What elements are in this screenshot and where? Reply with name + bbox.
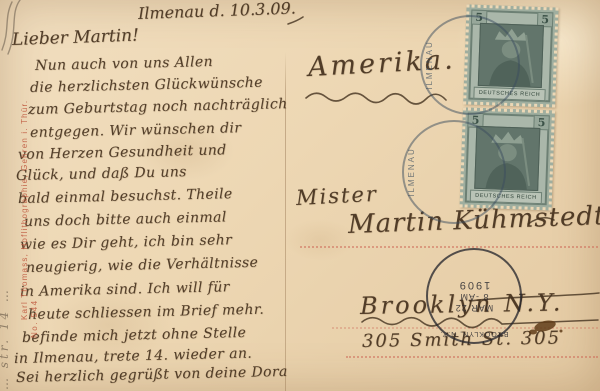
message-line: wie es Dir geht, ich bin sehr [20,232,233,253]
brooklyn-postmark: BROOKLYN, N.Y. MAR 22 8 -AM 1909 [426,248,522,344]
address-rule-line [300,246,598,248]
message-line: neugierig, wie die Verhältnisse [26,255,259,276]
message-line: die herzlichsten Glückwünsche [30,75,263,96]
postmark-inverted-dial: BROOKLYN, N.Y. MAR 22 8 -AM 1909 [428,250,520,342]
message-line: bald einmal besuchst. Theile [18,186,233,207]
ilmenau-postmark: ILMENAU [402,120,506,224]
ilmenau-postmark: ILMENAU [420,15,520,115]
message-line: in Ilmenau, trete 14. wieder an. [14,346,253,367]
address-rule-line [346,356,598,358]
postmark-date: MAR 22 [455,303,494,314]
postmark-time: 8 -AM [460,292,489,303]
message-line: heute schliessen im Brief mehr. [28,302,265,323]
date-line: Ilmenau d. 10.3.09. [138,0,296,23]
margin-note: … str. 14 … [0,60,11,390]
message-line: befinde mich jetzt ohne Stelle [22,325,247,346]
postcard-back: Ilmenau d. 10.3.09. Lieber Martin! Nun a… [0,0,600,391]
address-title: Mister [295,182,378,210]
postmark-year: 1909 [458,279,490,292]
postmark-town-label: ILMENAU [425,40,434,90]
publisher-imprint: Karl Thomass, Hoflithographie, Gehren i.… [20,58,29,320]
message-line: Sei herzlich gegrüßt von deine Dora [16,364,288,386]
imprint-number: No. 544 [30,268,39,338]
message-line: in Amerika sind. Ich will für [20,279,230,300]
message-line: uns doch bitte auch einmal [24,209,227,230]
message-line: entgegen. Wir wünschen dir [30,120,242,141]
message-line: Glück, und daß Du uns [16,164,187,184]
postmark-city-label: BROOKLYN, N.Y. [428,330,520,337]
message-line: Nun auch von uns Allen [35,54,213,74]
postmark-town-label: ILMENAU [407,147,416,197]
message-line: von Herzen Gesundheit und [18,142,227,163]
salutation: Lieber Martin! [12,26,140,50]
message-line: zum Geburtstag noch nachträglich [28,96,288,118]
